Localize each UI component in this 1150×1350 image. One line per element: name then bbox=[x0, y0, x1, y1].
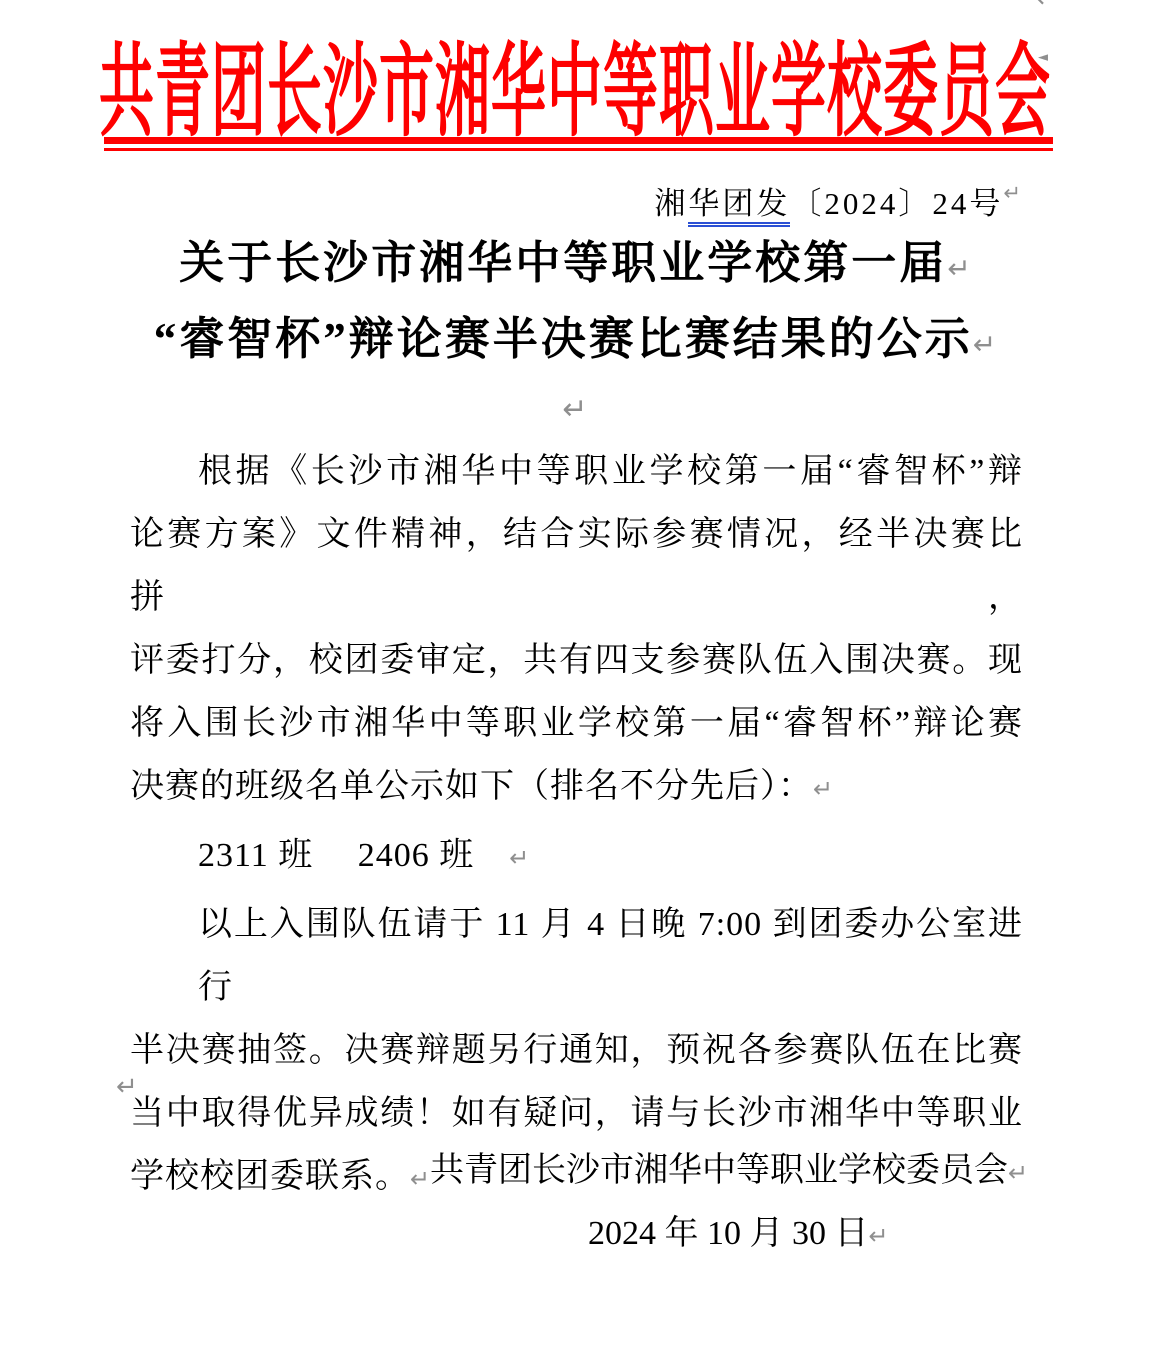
letterhead: 共青团长沙市湘华中等职业学校委员会 bbox=[0, 10, 1150, 89]
body-line: 论赛方案》文件精神，结合实际参赛情况，经半决赛比拼， bbox=[130, 503, 1023, 629]
teams-line-text: 2311 班 2406 班 bbox=[198, 837, 509, 874]
body-line: 根据《长沙市湘华中等职业学校第一届“睿智杯”辩 bbox=[130, 440, 1023, 503]
empty-paragraph: ↵ bbox=[0, 392, 1150, 427]
doc-title: 关于长沙市湘华中等职业学校第一届↵ “睿智杯”辩论赛半决赛比赛结果的公示↵ bbox=[0, 228, 1150, 380]
teams-line: 2311 班 2406 班 ↵ bbox=[130, 824, 1023, 890]
body-line: 评委打分，校团委审定，共有四支参赛队伍入围决赛。现 bbox=[130, 629, 1023, 692]
paragraph-mark-icon: ↵ bbox=[410, 1165, 431, 1193]
signature-date: 2024 年 10 月 30 日↵ bbox=[588, 1205, 889, 1254]
doc-number-suffix: 〔2024〕24号 bbox=[790, 186, 1003, 221]
doc-number-prefix: 湘 bbox=[654, 186, 688, 221]
body-paragraph-1: 根据《长沙市湘华中等职业学校第一届“睿智杯”辩 论赛方案》文件精神，结合实际参赛… bbox=[130, 440, 1023, 821]
paragraph-mark-icon: ↵ bbox=[1036, 0, 1058, 14]
doc-title-line-1: 关于长沙市湘华中等职业学校第一届↵ bbox=[0, 228, 1150, 304]
signature-committee-text: 共青团长沙市湘华中等职业学校委员会 bbox=[430, 1152, 1008, 1189]
paragraph-mark-icon: ↵ bbox=[869, 1222, 889, 1250]
paragraph-mark-icon: ↵ bbox=[973, 328, 996, 361]
body-text: 根据《长沙市湘华中等职业学校第一届“睿智杯”辩 论赛方案》文件精神，结合实际参赛… bbox=[130, 440, 1023, 1211]
paragraph-mark-icon: ↵ bbox=[562, 392, 587, 427]
paragraph-mark-icon: ↵ bbox=[813, 775, 834, 803]
doc-title-line-1-text: 关于长沙市湘华中等职业学校第一届 bbox=[179, 238, 947, 288]
doc-title-line-2: “睿智杯”辩论赛半决赛比赛结果的公示↵ bbox=[0, 304, 1150, 380]
body-line: 半决赛抽签。决赛辩题另行通知，预祝各参赛队伍在比赛 bbox=[130, 1019, 1023, 1082]
doc-title-line-2-text: “睿智杯”辩论赛半决赛比赛结果的公示 bbox=[154, 314, 973, 364]
signature-committee: 共青团长沙市湘华中等职业学校委员会↵ bbox=[430, 1142, 1028, 1191]
doc-number-underlined: 华团发 bbox=[688, 186, 790, 227]
body-line: 将入围长沙市湘华中等职业学校第一届“睿智杯”辩论赛 bbox=[130, 692, 1023, 755]
anchor-triangle-icon: ◄ bbox=[1038, 50, 1048, 65]
paragraph-mark-icon: ↵ bbox=[947, 252, 970, 285]
letterhead-org-name: 共青团长沙市湘华中等职业学校委员会 bbox=[99, 10, 1051, 156]
paragraph-mark-icon: ↵ bbox=[509, 844, 530, 872]
paragraph-mark-icon: ↵ bbox=[1008, 1159, 1028, 1187]
paragraph-mark-icon: ↵ bbox=[1003, 181, 1024, 205]
paragraph-mark-icon: ↵ bbox=[116, 1072, 138, 1102]
body-line: 以上入围队伍请于 11 月 4 日晚 7:00 到团委办公室进行 bbox=[130, 893, 1023, 1019]
body-line-text: 决赛的班级名单公示如下（排名不分先后）： bbox=[130, 768, 813, 805]
document-page: 共青团长沙市湘华中等职业学校委员会 ↵ ◄ 湘华团发〔2024〕24号↵ 关于长… bbox=[0, 0, 1150, 1350]
red-separator-thin bbox=[104, 148, 1053, 151]
empty-paragraph: ↵ bbox=[116, 1072, 138, 1102]
red-separator-thick bbox=[104, 137, 1053, 144]
body-line-text: 学校校团委联系。 bbox=[130, 1158, 410, 1195]
body-line: 当中取得优异成绩！如有疑问，请与长沙市湘华中等职业 bbox=[130, 1082, 1023, 1145]
body-line: 决赛的班级名单公示如下（排名不分先后）：↵ bbox=[130, 755, 1023, 821]
doc-number: 湘华团发〔2024〕24号↵ bbox=[654, 178, 1024, 223]
signature-date-text: 2024 年 10 月 30 日 bbox=[588, 1215, 869, 1252]
